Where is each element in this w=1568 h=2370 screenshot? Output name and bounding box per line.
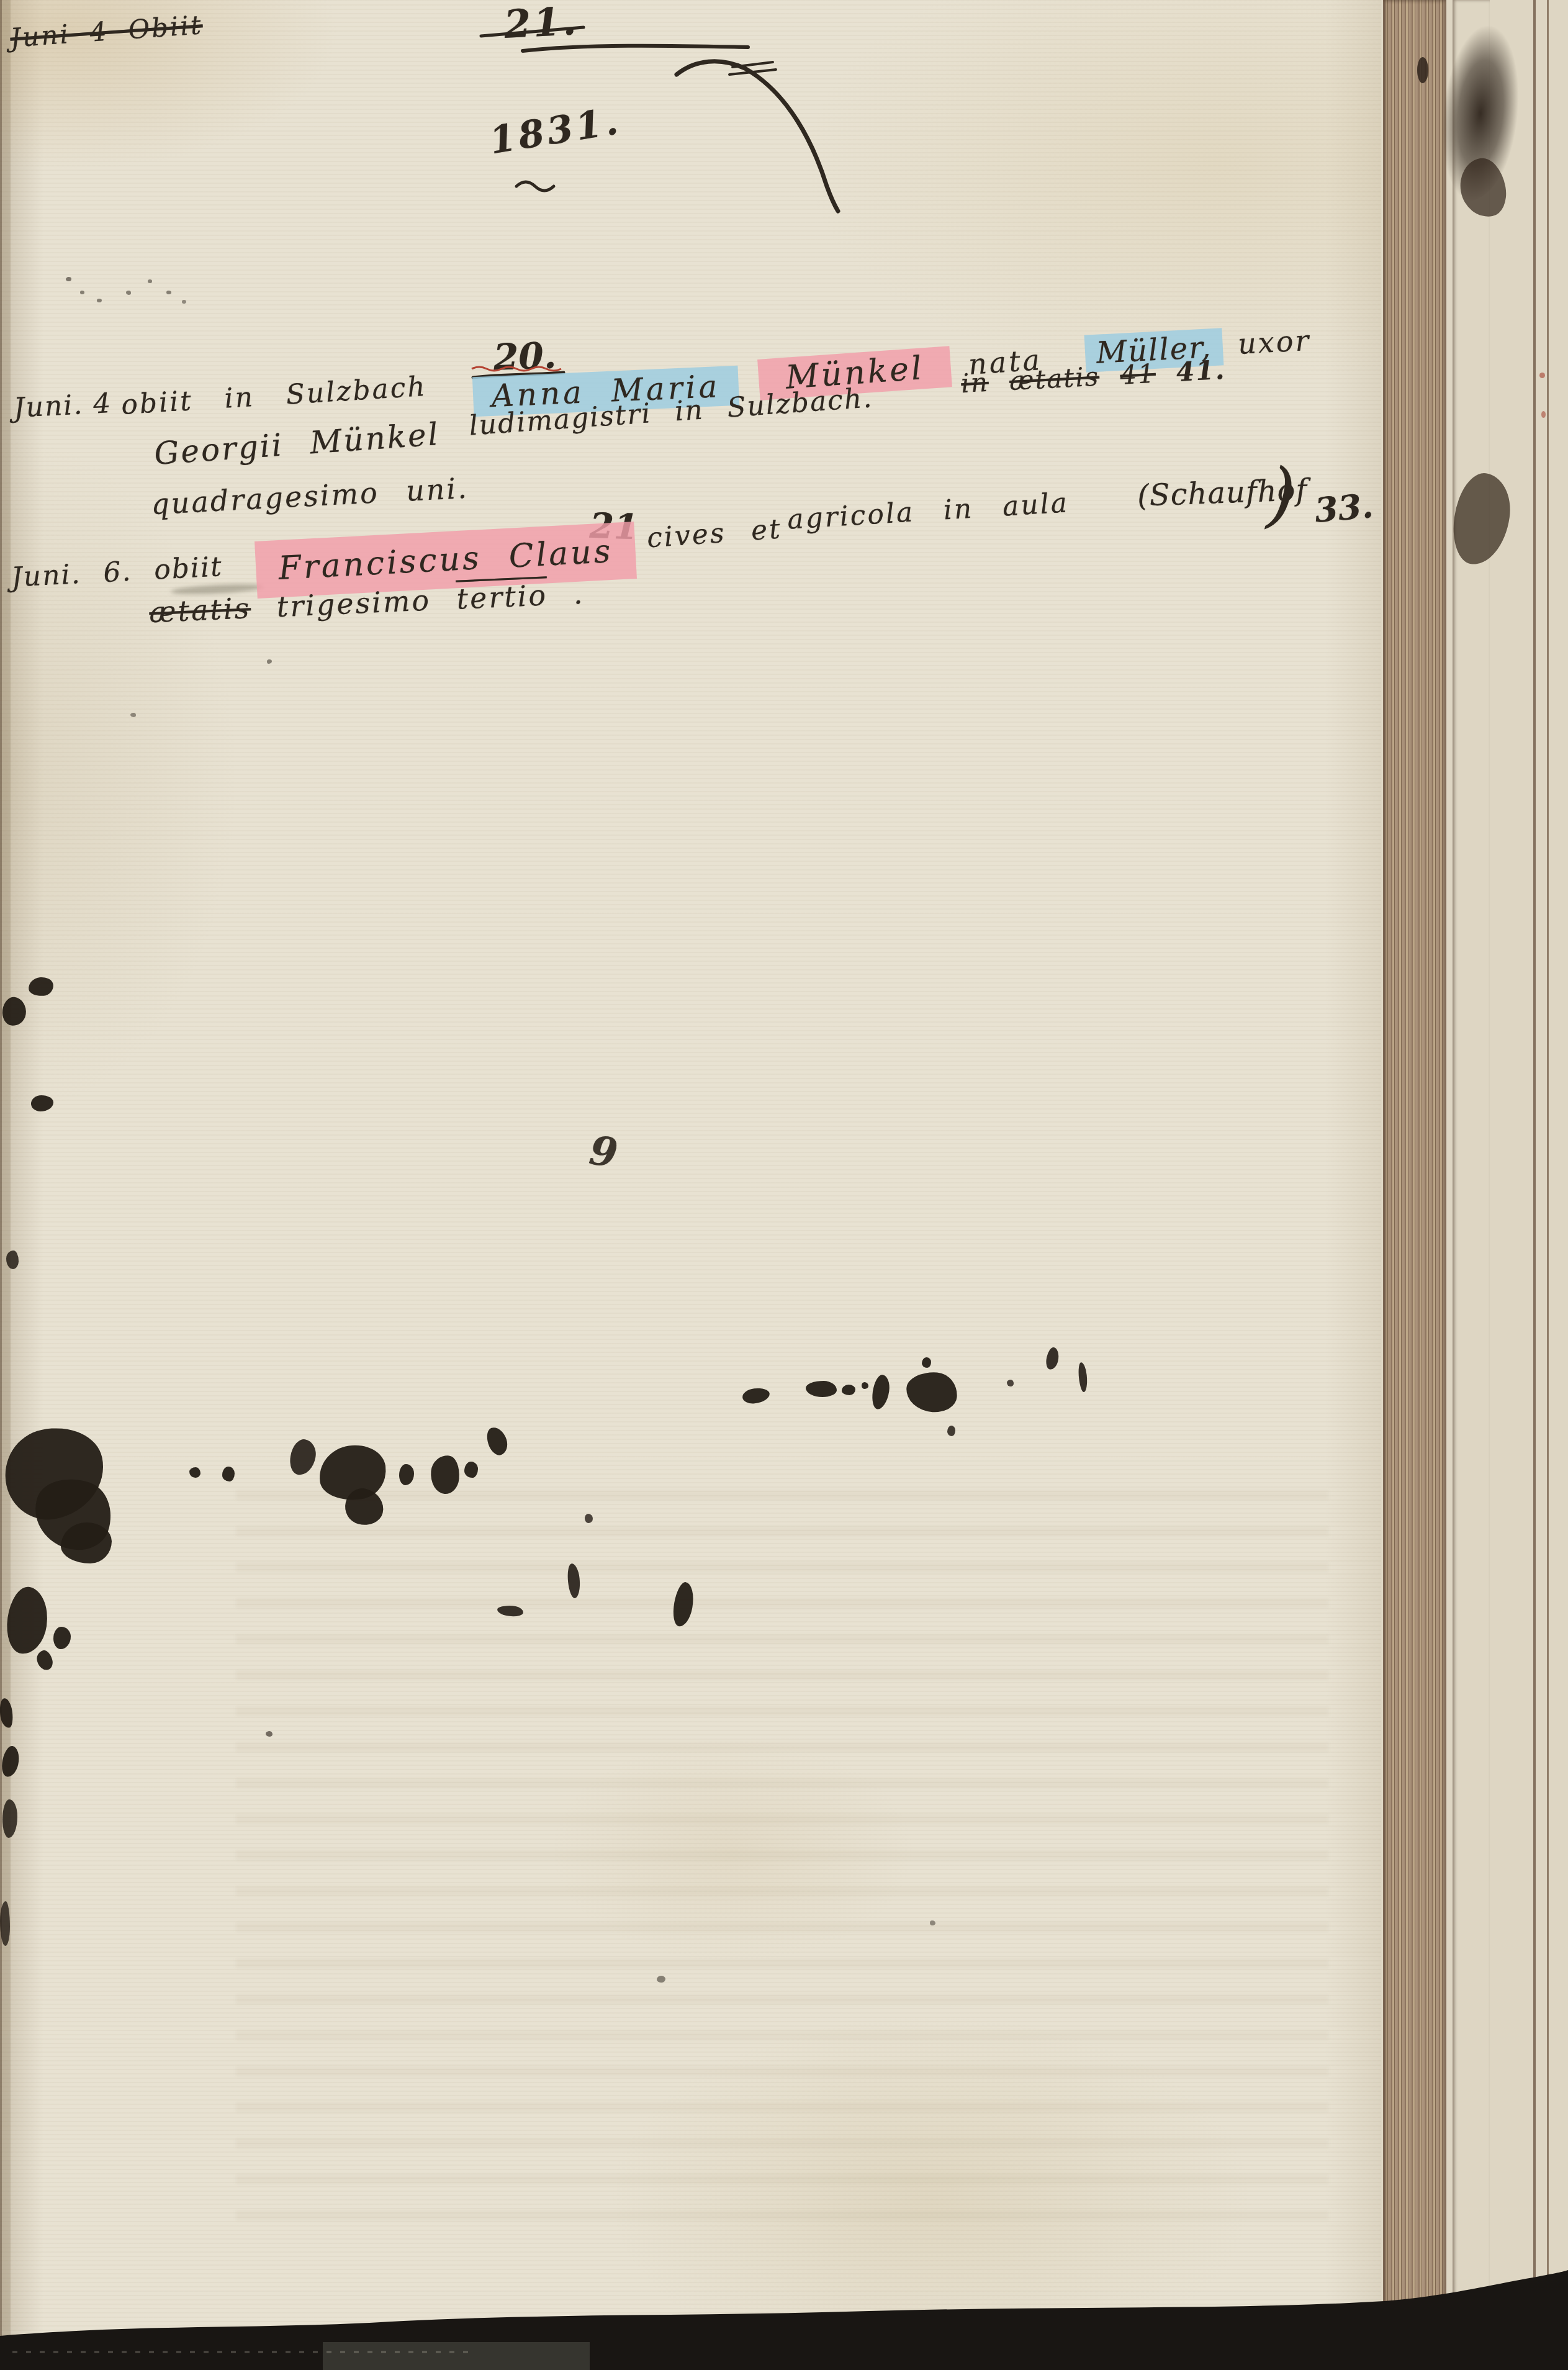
ink-blot	[0, 1901, 10, 1946]
ink-blot	[80, 291, 84, 294]
ink-blot	[930, 1920, 935, 1925]
entry20-date: Juni. 4	[13, 387, 113, 424]
ink-blot	[61, 1522, 112, 1563]
register-page: Juni 4 Obiit 21. 1831. 20. Juni. 4 obiit…	[0, 0, 1381, 2370]
page-gutter-shadow	[2, 0, 11, 2370]
entry20-struck-age: 41	[1119, 358, 1156, 391]
ink-blot	[922, 1357, 931, 1368]
ink-blot	[862, 1382, 868, 1389]
entry21-period: .	[572, 577, 585, 611]
entry21-trigesimo: trigesimo	[276, 584, 432, 624]
register-scan: Juni 4 Obiit 21. 1831. 20. Juni. 4 obiit…	[0, 0, 1568, 2370]
ink-blot	[126, 291, 131, 295]
entry20-uxor: uxor	[1237, 323, 1312, 361]
ink-blot	[148, 279, 152, 283]
entry21-paren: )	[1266, 453, 1298, 537]
fore-edge-stripe-band	[1453, 0, 1490, 2370]
ink-blot	[66, 277, 71, 281]
ink-blot	[842, 1385, 855, 1395]
entry21-tertio: tertio	[456, 578, 548, 615]
fore-edge-thin-line	[1533, 0, 1549, 2370]
ink-blot	[464, 1462, 478, 1478]
entry21-age: 33.	[1313, 486, 1374, 530]
ink-blot	[585, 1514, 593, 1523]
ink-blot	[130, 713, 136, 717]
ink-blot	[657, 1976, 665, 1983]
entry20-age: 41.	[1176, 355, 1227, 387]
ink-blot	[189, 1467, 201, 1478]
ink-blot	[166, 291, 171, 294]
entry21-aetatis: ætatis	[148, 591, 251, 629]
fore-edge-stain	[1417, 57, 1428, 83]
book-fore-edge	[1381, 0, 1568, 2370]
fore-edge-red-speck	[1541, 411, 1546, 418]
entry20-struck-in: in	[960, 367, 989, 399]
fore-edge-outer-band	[1555, 0, 1568, 2370]
fore-edge-red-speck	[1539, 373, 1545, 378]
ink-blot	[266, 1731, 273, 1737]
ink-blot	[1007, 1380, 1014, 1386]
entry20-struck-aetatis: ætatis	[1009, 361, 1101, 397]
ink-blot	[222, 1467, 235, 1481]
ink-blot	[947, 1426, 955, 1436]
folio-strike-flourish	[435, 0, 869, 236]
fore-edge-stripe-band	[1383, 0, 1446, 2370]
bleed-through-text	[236, 1490, 1328, 2223]
ink-blot	[6, 1251, 19, 1269]
